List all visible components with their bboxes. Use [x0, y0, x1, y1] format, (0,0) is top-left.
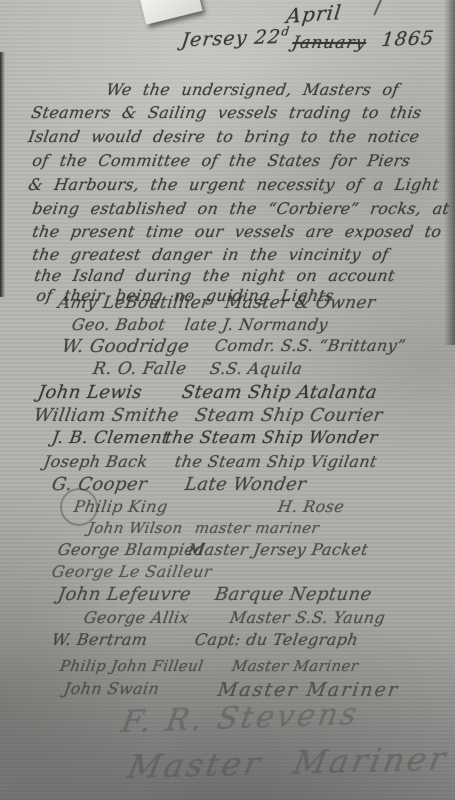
signature-row: Amy LeBoutillier Master & Owner: [0, 293, 455, 315]
signature-detail: Steam Ship Courier: [193, 405, 384, 426]
signature-name: John Lefeuvre: [56, 584, 192, 605]
signature-detail: master mariner: [194, 519, 321, 537]
body-line: & Harbours, the urgent necessity of a Li…: [27, 175, 441, 194]
signature-row: Geo. Babot late J. Normandy: [0, 315, 455, 337]
signature-detail: H. Rose: [276, 497, 345, 516]
signature-row: William Smithe Steam Ship Courier: [0, 405, 455, 427]
signature-name: Amy LeBoutillier: [56, 293, 211, 313]
pen-stroke-mark: [373, 0, 383, 16]
signature-detail: Comdr. S.S. “Brittany”: [213, 336, 407, 355]
body-line: being established on the “Corbiere” rock…: [31, 199, 451, 218]
torn-paper-corner: [139, 0, 202, 25]
closing-signature-title: Master Mariner: [125, 740, 451, 786]
signature-row: W. Bertram Capt: du Telegraph: [0, 630, 455, 652]
signature-row: Joseph Back the Steam Ship Vigilant: [0, 452, 455, 474]
signature-row: George Blampied Master Jersey Packet: [0, 540, 455, 562]
body-line: of the Committee of the States for Piers: [31, 151, 412, 170]
signature-name: W. Goodridge: [60, 336, 191, 357]
signature-row: George Le Sailleur: [0, 562, 455, 584]
signature-row: Philip King H. Rose: [0, 497, 455, 519]
signature-detail: late J. Normandy: [183, 315, 329, 334]
signature-detail: S.S. Aquila: [208, 359, 303, 378]
scanned-petition-page: Jersey 22d April January 1865 We the und…: [0, 0, 455, 800]
body-line: the Island during the night on account: [33, 266, 396, 285]
signature-name: George Blampied: [56, 540, 206, 559]
signature-detail: Barque Neptune: [213, 584, 373, 605]
signature-row: John Swain Master Mariner: [0, 679, 455, 701]
signature-detail: Steam Ship Atalanta: [180, 382, 378, 403]
signature-name: G. Cooper: [50, 474, 148, 495]
signature-name: William Smithe: [32, 405, 180, 426]
signature-row: George Allix Master S.S. Yaung: [0, 608, 455, 630]
date-year: 1865: [380, 27, 435, 51]
signature-name: Geo. Babot: [70, 315, 166, 334]
signature-name: W. Bertram: [50, 630, 148, 649]
date-place-day: Jersey 22d: [180, 24, 291, 51]
signature-name: Philip King: [72, 497, 169, 516]
body-line: We the undersigned, Masters of: [105, 80, 400, 99]
date-month-inserted: April: [285, 0, 343, 28]
signature-detail: Master S.S. Yaung: [228, 608, 386, 627]
signature-row: W. Goodridge Comdr. S.S. “Brittany”: [0, 336, 455, 358]
signature-row: J. B. Clement the Steam Ship Wonder: [0, 428, 455, 450]
signature-row: John Lewis Steam Ship Atalanta: [0, 382, 455, 404]
signature-row: Philip John Filleul Master Mariner: [0, 657, 455, 679]
signature-name: George Le Sailleur: [50, 562, 213, 581]
signature-name: Joseph Back: [42, 452, 149, 471]
signature-name: John Lewis: [36, 382, 143, 403]
signature-name: R. O. Falle: [91, 359, 188, 379]
signature-detail: the Steam Ship Vigilant: [173, 452, 378, 471]
signature-row: John Lefeuvre Barque Neptune: [0, 584, 455, 606]
signature-row: John Wilson master mariner: [0, 519, 455, 541]
signature-name: John Swain: [62, 679, 160, 698]
signature-name: J. B. Clement: [50, 428, 170, 448]
signature-row: R. O. Falle S.S. Aquila: [0, 359, 455, 381]
body-line: Steamers & Sailing vessels trading to th…: [30, 103, 423, 122]
signature-detail: Master & Owner: [223, 293, 377, 313]
left-edge-shadow: [0, 52, 5, 297]
body-line: Island would desire to bring to the noti…: [27, 127, 421, 146]
signature-name: Philip John Filleul: [59, 657, 205, 675]
signature-detail: Master Jersey Packet: [186, 540, 369, 559]
body-line: the present time our vessels are exposed…: [31, 222, 443, 241]
signature-detail: Capt: du Telegraph: [193, 630, 359, 649]
body-line: the greatest danger in the vincinity of: [31, 245, 390, 264]
signature-row: G. Cooper Late Wonder: [0, 474, 455, 496]
closing-signature-name: F. R. Stevens: [119, 697, 362, 740]
signature-detail: Late Wonder: [183, 474, 308, 495]
signature-detail: the Steam Ship Wonder: [163, 428, 379, 448]
signature-name: George Allix: [82, 608, 190, 627]
signature-name: John Wilson: [87, 519, 185, 537]
date-month-struck: January: [291, 33, 368, 53]
signature-detail: Master Mariner: [231, 657, 360, 675]
